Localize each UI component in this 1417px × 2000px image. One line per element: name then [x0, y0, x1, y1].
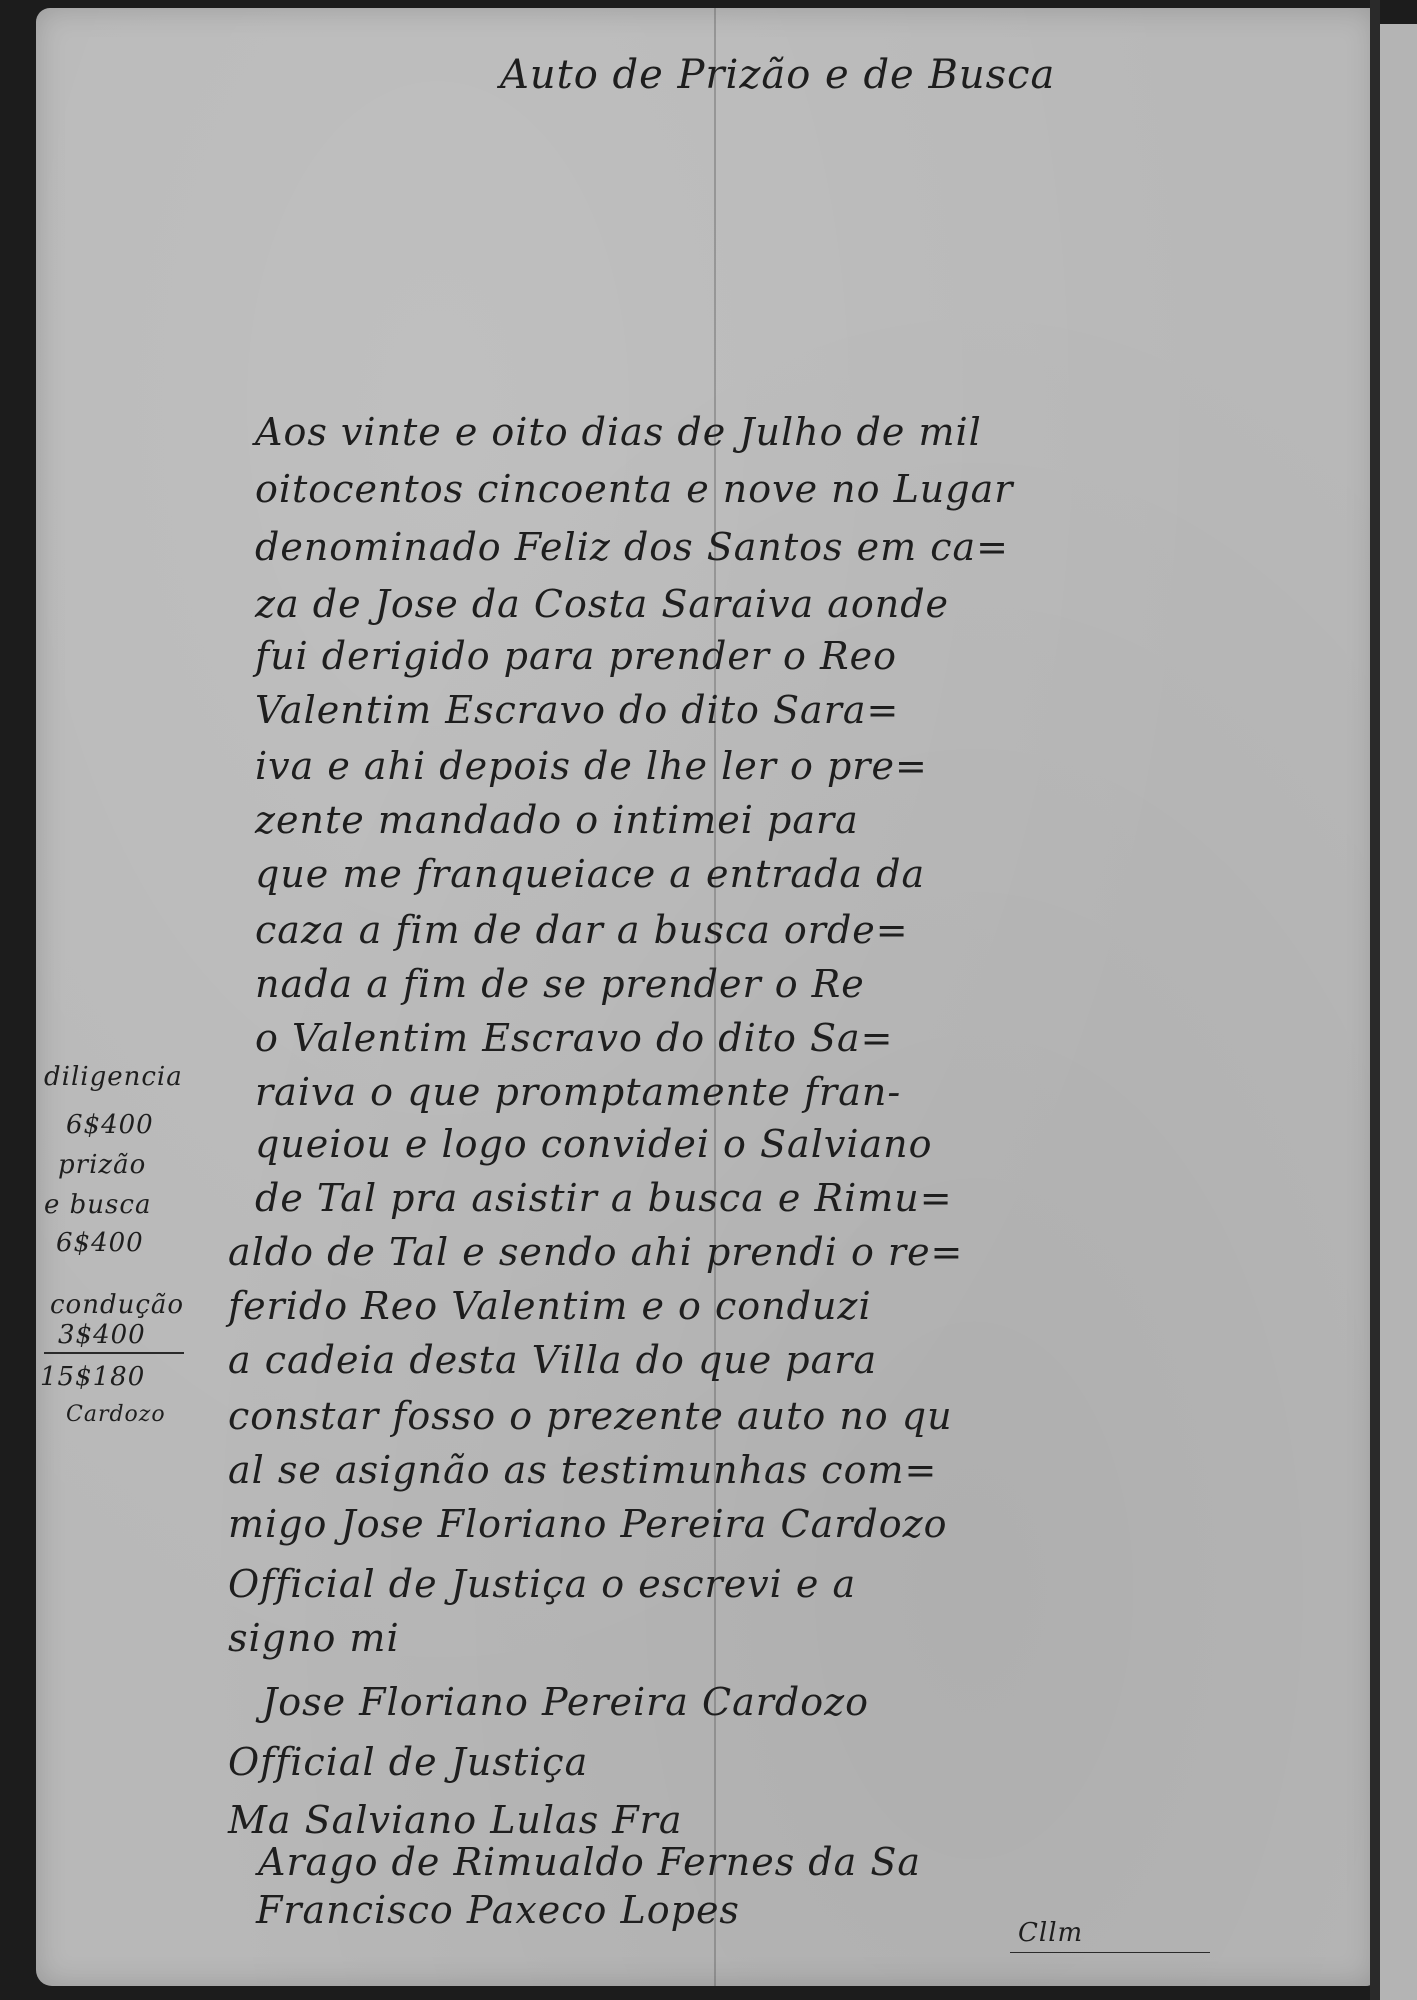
body-line: caza a fim de dar a busca orde= [255, 908, 909, 952]
signature-title: Official de Justiça [228, 1740, 588, 1784]
margin-line: 3$400 [58, 1320, 146, 1350]
body-line: Official de Justiça o escrevi e a [228, 1562, 856, 1606]
corner-rule [1010, 1952, 1210, 1953]
margin-line: diligencia [44, 1062, 183, 1092]
body-line: fui derigido para prender o Reo [255, 634, 897, 678]
body-line: a cadeia desta Villa do que para [228, 1338, 877, 1382]
body-line: signo mi [228, 1616, 400, 1660]
body-line: que me franqueiace a entrada da [255, 852, 925, 896]
body-line: za de Jose da Costa Saraiva aonde [255, 582, 949, 626]
body-line: o Valentim Escravo do dito Sa= [255, 1016, 894, 1060]
signature-witness: Ma Salviano Lulas Fra [228, 1798, 682, 1842]
body-line: Valentim Escravo do dito Sara= [255, 688, 899, 732]
body-line: ferido Reo Valentim e o conduzi [228, 1284, 872, 1328]
margin-line: e busca [44, 1190, 151, 1220]
margin-line: Cardozo [66, 1402, 166, 1427]
body-line: aldo de Tal e sendo ahi prendi o re= [228, 1230, 963, 1274]
corner-mark: Cllm [1018, 1918, 1083, 1948]
binding-gutter [1370, 0, 1380, 2000]
body-line: Aos vinte e oito dias de Julho de mil [255, 410, 982, 454]
body-line: raiva o que promptamente fran- [255, 1070, 901, 1114]
body-line: oitocentos cincoenta e nove no Lugar [255, 467, 1013, 511]
body-line: iva e ahi depois de lhe ler o pre= [255, 744, 928, 788]
margin-line: 6$400 [66, 1110, 154, 1140]
body-line: queiou e logo convidei o Salviano [255, 1122, 932, 1166]
margin-sum-rule [44, 1352, 184, 1354]
adjacent-page-edge [1380, 24, 1417, 2000]
body-line: al se asignão as testimunhas com= [228, 1448, 937, 1492]
body-line: constar fosso o prezente auto no qu [228, 1394, 953, 1438]
margin-line: condução [50, 1290, 184, 1320]
margin-line: prizão [58, 1150, 146, 1180]
document-title: Auto de Prizão e de Busca [500, 52, 1055, 98]
body-line: zente mandado o intimei para [255, 798, 859, 842]
signature-official: Jose Floriano Pereira Cardozo [262, 1680, 869, 1724]
signature-witness: Arago de Rimualdo Fernes da Sa [258, 1840, 921, 1884]
signature-witness: Francisco Paxeco Lopes [256, 1888, 740, 1932]
margin-line: 15$180 [40, 1362, 145, 1392]
body-line: nada a fim de se prender o Re [255, 962, 865, 1006]
body-line: denominado Feliz dos Santos em ca= [255, 525, 1009, 569]
body-line: migo Jose Floriano Pereira Cardozo [228, 1502, 948, 1546]
body-line: de Tal pra asistir a busca e Rimu= [255, 1176, 953, 1220]
margin-line: 6$400 [56, 1228, 144, 1258]
